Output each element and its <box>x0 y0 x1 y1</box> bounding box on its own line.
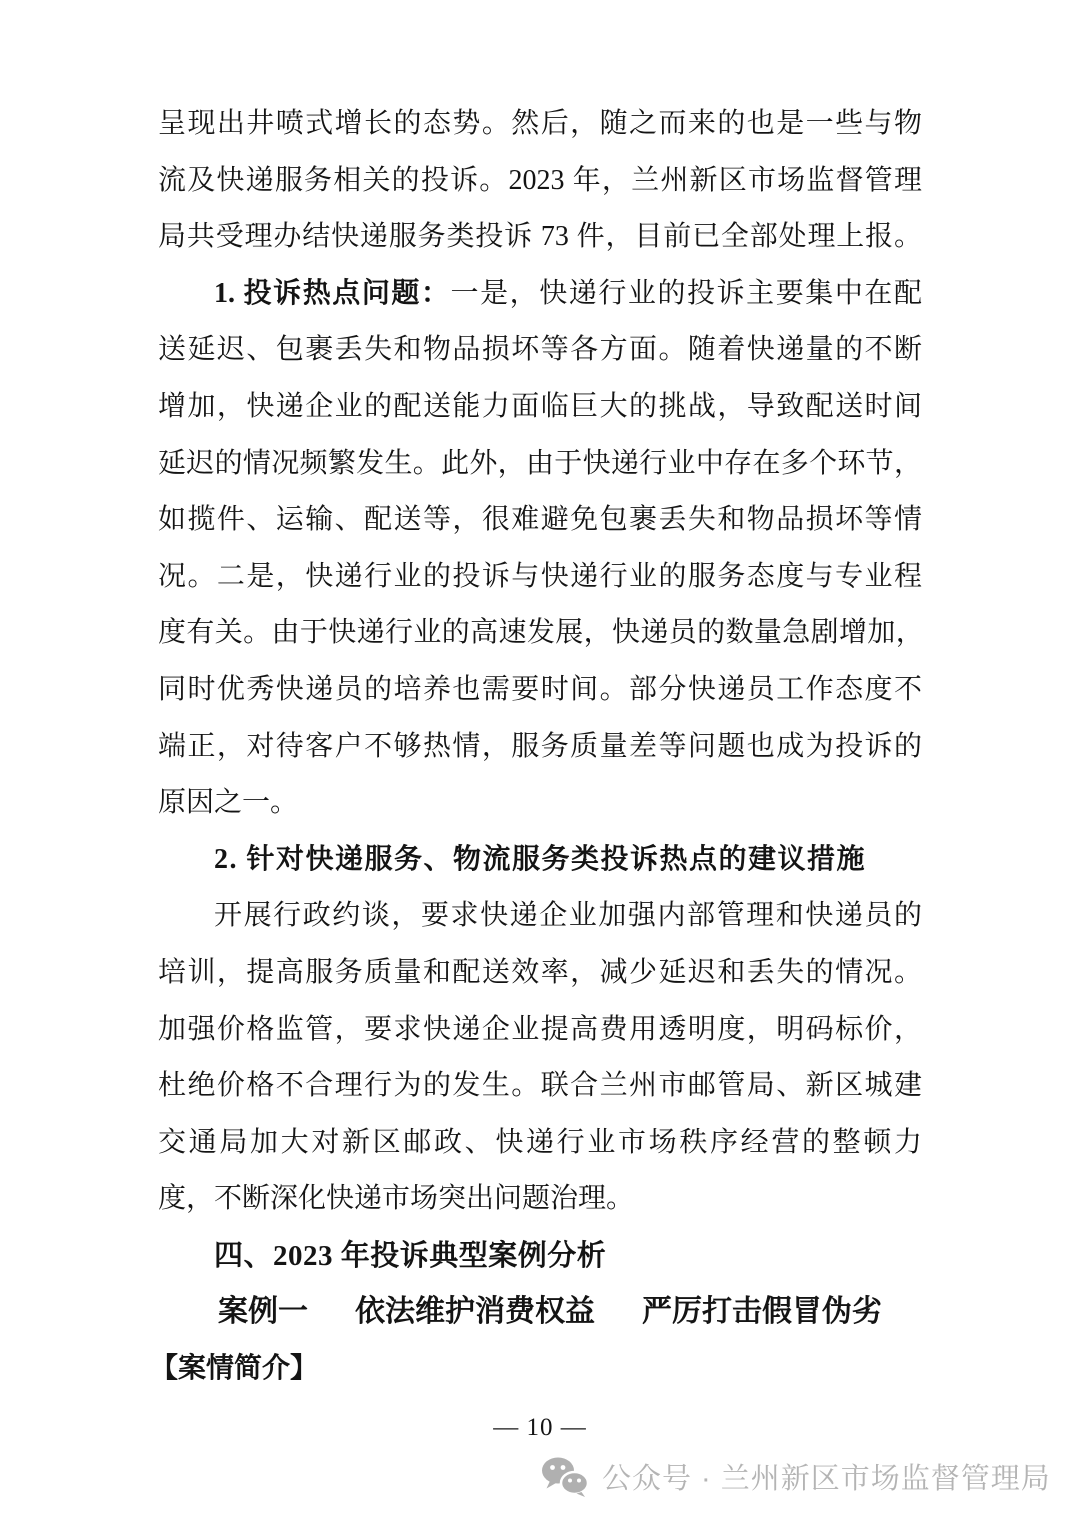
section-heading: 四、2023 年投诉典型案例分析 <box>158 1228 922 1285</box>
page-number: — 10 — <box>0 1414 1080 1442</box>
paragraph-line: 培训，提高服务质量和配送效率，减少延迟和丢失的情况。 <box>158 945 922 1002</box>
wechat-watermark-label: 公众号 · 兰州新区市场监督管理局 <box>602 1456 1051 1497</box>
paragraph-line: 加强价格监管，要求快递企业提高费用透明度，明码标价， <box>158 1002 922 1059</box>
case-title-part: 依法维护消费权益 <box>355 1295 595 1328</box>
wechat-icon <box>541 1457 589 1497</box>
case-section-label: 【案情简介】 <box>150 1341 922 1398</box>
document-body: 呈现出井喷式增长的态势。然后，随之而来的也是一些与物 流及快递服务相关的投诉。2… <box>158 96 922 1398</box>
case-number: 案例一 <box>218 1295 308 1328</box>
paragraph-line: 送延迟、包裹丢失和物品损坏等各方面。随着快递量的不断 <box>158 322 922 379</box>
document-page: 呈现出井喷式增长的态势。然后，随之而来的也是一些与物 流及快递服务相关的投诉。2… <box>0 0 1080 1527</box>
suggestion-heading: 2. 针对快递服务、物流服务类投诉热点的建议措施 <box>158 832 922 889</box>
paragraph-line: 同时优秀快递员的培养也需要时间。部分快递员工作态度不 <box>158 662 922 719</box>
hotspot-heading-label: 1. 投诉热点问题： <box>214 278 451 309</box>
paragraph-text: 一是，快递行业的投诉主要集中在配 <box>451 278 922 309</box>
wechat-watermark: 公众号 · 兰州新区市场监督管理局 <box>541 1456 1051 1497</box>
paragraph-line: 交通局加大对新区邮政、快递行业市场秩序经营的整顿力 <box>158 1115 922 1172</box>
paragraph-line: 呈现出井喷式增长的态势。然后，随之而来的也是一些与物 <box>158 96 922 153</box>
paragraph-line: 端正，对待客户不够热情，服务质量差等问题也成为投诉的 <box>158 719 922 776</box>
paragraph-line: 杜绝价格不合理行为的发生。联合兰州市邮管局、新区城建 <box>158 1058 922 1115</box>
paragraph-line: 增加，快递企业的配送能力面临巨大的挑战，导致配送时间 <box>158 379 922 436</box>
paragraph-line: 度有关。由于快递行业的高速发展，快递员的数量急剧增加， <box>158 605 922 662</box>
paragraph-line: 流及快递服务相关的投诉。2023 年，兰州新区市场监督管理 <box>158 153 922 210</box>
paragraph-line: 1. 投诉热点问题：一是，快递行业的投诉主要集中在配 <box>158 266 922 323</box>
paragraph-line: 况。二是，快递行业的投诉与快递行业的服务态度与专业程 <box>158 549 922 606</box>
paragraph-line: 度，不断深化快递市场突出问题治理。 <box>158 1171 922 1228</box>
paragraph-line: 如揽件、运输、配送等，很难避免包裹丢失和物品损坏等情 <box>158 492 922 549</box>
case-heading: 案例一依法维护消费权益严厉打击假冒伪劣 <box>158 1284 922 1341</box>
paragraph-line: 开展行政约谈，要求快递企业加强内部管理和快递员的 <box>158 888 922 945</box>
paragraph-line: 局共受理办结快递服务类投诉 73 件，目前已全部处理上报。 <box>158 209 922 266</box>
paragraph-line: 原因之一。 <box>158 775 922 832</box>
case-title-part: 严厉打击假冒伪劣 <box>642 1295 882 1328</box>
paragraph-line: 延迟的情况频繁发生。此外，由于快递行业中存在多个环节， <box>158 436 922 493</box>
